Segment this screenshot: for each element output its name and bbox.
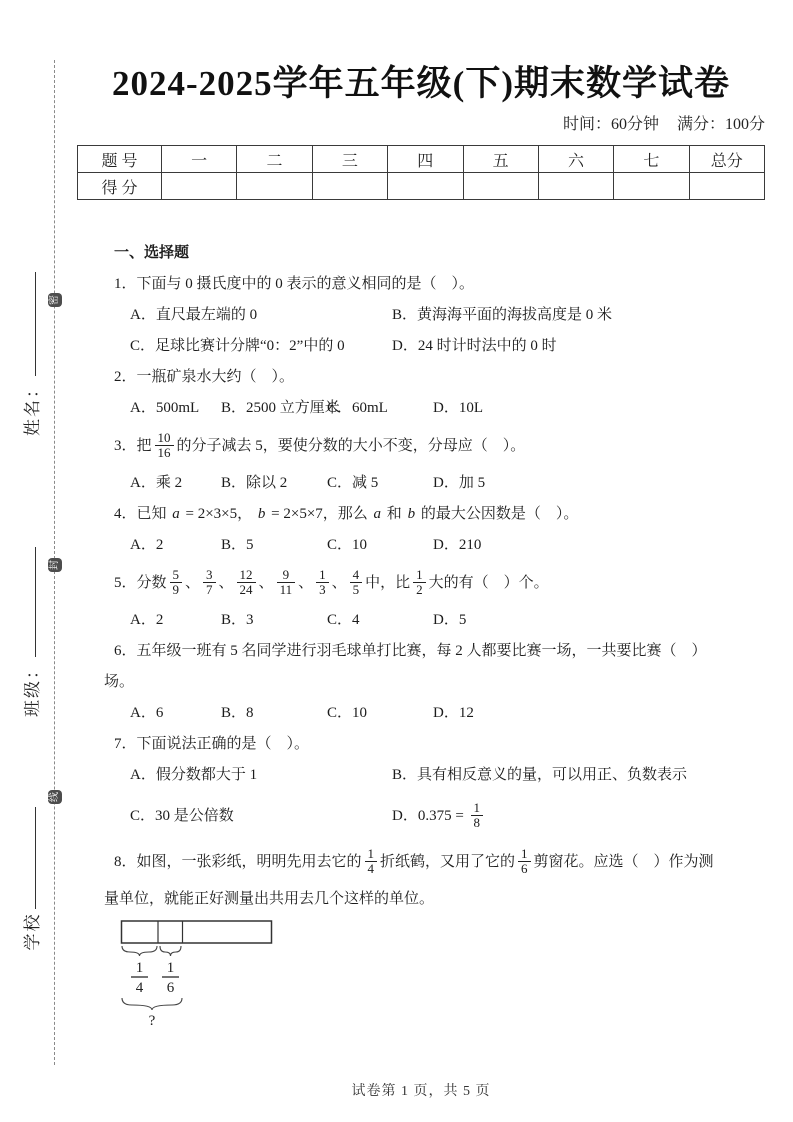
fraction-denominator: 8 <box>471 816 484 830</box>
score-table-score-row: 得 分 <box>78 173 765 200</box>
score-empty-cell <box>388 173 463 200</box>
question-8-figure: 1 4 1 6 ? <box>120 919 330 1031</box>
fraction: 59 <box>170 568 183 598</box>
school-field: 学校 <box>19 800 41 958</box>
option-3c: C．减 5 <box>327 468 433 499</box>
seal-mark-xian: 线 <box>48 790 62 804</box>
score-empty-cell <box>237 173 312 200</box>
brace-quarter <box>122 946 157 956</box>
score-header-cell: 五 <box>463 146 538 173</box>
option-5a: A．2 <box>130 605 221 636</box>
time-label: 时间：60分钟 <box>563 116 659 133</box>
fraction: 1224 <box>237 568 256 598</box>
score-header-cell: 二 <box>237 146 312 173</box>
name-field: 姓名： <box>19 269 41 439</box>
question-7-options-ab: A．假分数都大于 1B．具有相反意义的量，可以用正、负数表示 <box>104 760 772 791</box>
section-title: 一、选择题 <box>104 238 772 269</box>
separator: 、 <box>259 575 274 591</box>
option-3a: A．乘 2 <box>130 468 221 499</box>
class-fill-line <box>24 547 36 657</box>
option-4d: D．210 <box>433 530 481 561</box>
option-6a: A．6 <box>130 698 221 729</box>
fraction-denominator: 9 <box>170 583 183 597</box>
question-2-options: A．500mLB．2500 立方厘米C．60mLD．10L <box>104 393 772 424</box>
figure-fraction-sixth-numerator: 1 <box>167 960 175 976</box>
option-2b: B．2500 立方厘米 <box>221 393 327 424</box>
option-3d: D．加 5 <box>433 468 485 499</box>
fraction-denominator: 11 <box>277 583 296 597</box>
option-6b: B．8 <box>221 698 327 729</box>
question-5-text: 中，比 <box>365 575 410 591</box>
question-3: 3．把1016的分子减去 5，要使分数的大小不变，分母应（ ）。 <box>104 424 772 468</box>
option-1b: B．黄海海平面的海拔高度是 0 米 <box>392 300 612 331</box>
option-1a: A．直尺最左端的 0 <box>130 300 392 331</box>
fraction: 37 <box>203 568 216 598</box>
option-7d-text: D．0.375 = <box>392 808 468 824</box>
figure-fraction-quarter-denominator: 4 <box>136 980 144 996</box>
score-empty-cell <box>689 173 764 200</box>
fraction-numerator: 4 <box>350 568 363 583</box>
score-empty-cell <box>312 173 387 200</box>
question-4-text: 和 <box>383 506 406 522</box>
question-4: 4．已知 a = 2×3×5， b = 2×5×7，那么 a 和 b 的最大公因… <box>104 499 772 530</box>
option-7c: C．30 是公倍数 <box>130 792 392 840</box>
class-field: 班级： <box>19 540 41 724</box>
fraction: 45 <box>350 568 363 598</box>
question-8-text: 折纸鹤，又用了它的 <box>380 854 515 870</box>
score-header-cell: 七 <box>614 146 689 173</box>
score-empty-cell <box>614 173 689 200</box>
fraction-numerator: 10 <box>155 431 174 446</box>
option-4a: A．2 <box>130 530 221 561</box>
score-table-header-row: 题 号 一 二 三 四 五 六 七 总分 <box>78 146 765 173</box>
score-header-cell: 题 号 <box>78 146 162 173</box>
option-7b: B．具有相反意义的量，可以用正、负数表示 <box>392 760 687 791</box>
fraction-numerator: 1 <box>471 801 484 816</box>
name-fill-line <box>24 272 36 376</box>
question-3-text: 3．把 <box>114 438 152 454</box>
school-label: 学校 <box>18 913 43 951</box>
question-6-options: A．6B．8C．10D．12 <box>104 698 772 729</box>
class-label: 班级： <box>18 660 43 717</box>
fraction: 16 <box>518 847 531 877</box>
option-5c: C．4 <box>327 605 433 636</box>
variable-b: b <box>256 506 268 522</box>
fraction-denominator: 5 <box>350 583 363 597</box>
fraction: 18 <box>471 801 484 831</box>
question-4-text: 的最大公因数是（ ）。 <box>417 506 578 522</box>
fraction-numerator: 1 <box>413 568 426 583</box>
score-header-cell: 三 <box>312 146 387 173</box>
separator: 、 <box>219 575 234 591</box>
fraction: 14 <box>365 847 378 877</box>
score-header-cell: 六 <box>538 146 613 173</box>
option-2d: D．10L <box>433 393 483 424</box>
question-8-text: 剪窗花。应选（ ）作为测 <box>534 854 714 870</box>
question-4-text: 4．已知 <box>114 506 170 522</box>
question-3-options: A．乘 2B．除以 2C．减 5D．加 5 <box>104 468 772 499</box>
fraction-denominator: 24 <box>237 583 256 597</box>
score-empty-cell <box>538 173 613 200</box>
score-empty-cell <box>162 173 237 200</box>
question-5-text: 大的有（ ）个。 <box>429 575 549 591</box>
fraction-numerator: 1 <box>316 568 329 583</box>
question-4-text: = 2×3×5， <box>182 506 256 522</box>
option-6c: C．10 <box>327 698 433 729</box>
fraction-numerator: 3 <box>203 568 216 583</box>
fraction-denominator: 16 <box>155 446 174 460</box>
question-7-options-cd: C．30 是公倍数D．0.375 = 18 <box>104 791 772 840</box>
score-header-cell: 总分 <box>689 146 764 173</box>
variable-b: b <box>406 506 418 522</box>
option-7a: A．假分数都大于 1 <box>130 760 392 791</box>
fraction-denominator: 7 <box>203 583 216 597</box>
question-5-options: A．2B．3C．4D．5 <box>104 605 772 636</box>
variable-a: a <box>170 506 182 522</box>
question-7: 7．下面说法正确的是（ ）。 <box>104 729 772 760</box>
question-6-continuation: 场。 <box>104 667 772 698</box>
separator: 、 <box>298 575 313 591</box>
figure-fraction-sixth-denominator: 6 <box>167 980 175 996</box>
exam-body: 一、选择题 1．下面与 0 摄氏度中的 0 表示的意义相同的是（ ）。 A．直尺… <box>104 238 772 1031</box>
separator: 、 <box>185 575 200 591</box>
option-6d: D．12 <box>433 698 474 729</box>
fraction-numerator: 5 <box>170 568 183 583</box>
school-fill-line <box>24 808 36 910</box>
option-1c: C．足球比赛计分牌“0：2”中的 0 <box>130 331 392 362</box>
fraction-denominator: 3 <box>316 583 329 597</box>
score-header-cell: 一 <box>162 146 237 173</box>
fraction-denominator: 6 <box>518 862 531 876</box>
fraction-numerator: 1 <box>518 847 531 862</box>
option-2a: A．500mL <box>130 393 221 424</box>
seal-mark-mi: 密 <box>48 293 62 307</box>
question-1-options-ab: A．直尺最左端的 0B．黄海海平面的海拔高度是 0 米 <box>104 300 772 331</box>
variable-a: a <box>372 506 384 522</box>
question-8-continuation: 量单位，就能正好测量出共用去几个这样的单位。 <box>104 884 772 915</box>
score-empty-cell <box>463 173 538 200</box>
seal-mark-feng: 封 <box>48 558 62 572</box>
question-8-text: 8．如图，一张彩纸，明明先用去它的 <box>114 854 362 870</box>
page-footer: 试卷第 1 页，共 5 页 <box>77 1080 765 1100</box>
figure-fraction-quarter-numerator: 1 <box>136 960 144 976</box>
question-4-text: = 2×5×7，那么 <box>267 506 371 522</box>
question-3-text: 的分子减去 5，要使分数的大小不变，分母应（ ）。 <box>177 438 526 454</box>
score-table: 题 号 一 二 三 四 五 六 七 总分 得 分 <box>77 145 765 200</box>
exam-page: 密 封 线 姓名： 班级： 学校 2024-2025学年五年级(下)期末数学试卷… <box>0 0 793 1122</box>
name-label: 姓名： <box>18 379 43 436</box>
fraction-numerator: 1 <box>365 847 378 862</box>
option-5d: D．5 <box>433 605 466 636</box>
score-header-cell: 四 <box>388 146 463 173</box>
figure-total-label: ? <box>149 1013 156 1029</box>
score-row-label: 得 分 <box>78 173 162 200</box>
fraction-denominator: 4 <box>365 862 378 876</box>
question-5-text: 5．分数 <box>114 575 167 591</box>
option-1d: D．24 时计时法中的 0 时 <box>392 331 557 362</box>
full-score-label: 满分：100分 <box>677 116 765 133</box>
strip-outline <box>122 921 272 943</box>
brace-total <box>122 998 182 1010</box>
fraction: 12 <box>413 568 426 598</box>
fraction: 1016 <box>155 431 174 461</box>
question-2: 2．一瓶矿泉水大约（ ）。 <box>104 362 772 393</box>
option-4b: B．5 <box>221 530 327 561</box>
question-4-options: A．2B．5C．10D．210 <box>104 530 772 561</box>
question-6: 6．五年级一班有 5 名同学进行羽毛球单打比赛，每 2 人都要比赛一场，一共要比… <box>104 636 772 667</box>
separator: 、 <box>332 575 347 591</box>
question-5: 5．分数59、37、1224、911、13、45中，比12大的有（ ）个。 <box>104 561 772 605</box>
fraction: 13 <box>316 568 329 598</box>
brace-sixth <box>160 946 181 956</box>
fraction-numerator: 9 <box>277 568 296 583</box>
option-2c: C．60mL <box>327 393 433 424</box>
question-8: 8．如图，一张彩纸，明明先用去它的14折纸鹤，又用了它的16剪窗花。应选（ ）作… <box>104 840 772 884</box>
question-1: 1．下面与 0 摄氏度中的 0 表示的意义相同的是（ ）。 <box>104 269 772 300</box>
option-3b: B．除以 2 <box>221 468 327 499</box>
question-1-options-cd: C．足球比赛计分牌“0：2”中的 0D．24 时计时法中的 0 时 <box>104 331 772 362</box>
exam-meta: 时间：60分钟满分：100分 <box>545 111 765 134</box>
option-4c: C．10 <box>327 530 433 561</box>
fraction-numerator: 12 <box>237 568 256 583</box>
option-5b: B．3 <box>221 605 327 636</box>
option-7d: D．0.375 = 18 <box>392 792 486 840</box>
fraction-denominator: 2 <box>413 583 426 597</box>
fraction: 911 <box>277 568 296 598</box>
exam-title: 2024-2025学年五年级(下)期末数学试卷 <box>77 56 765 106</box>
